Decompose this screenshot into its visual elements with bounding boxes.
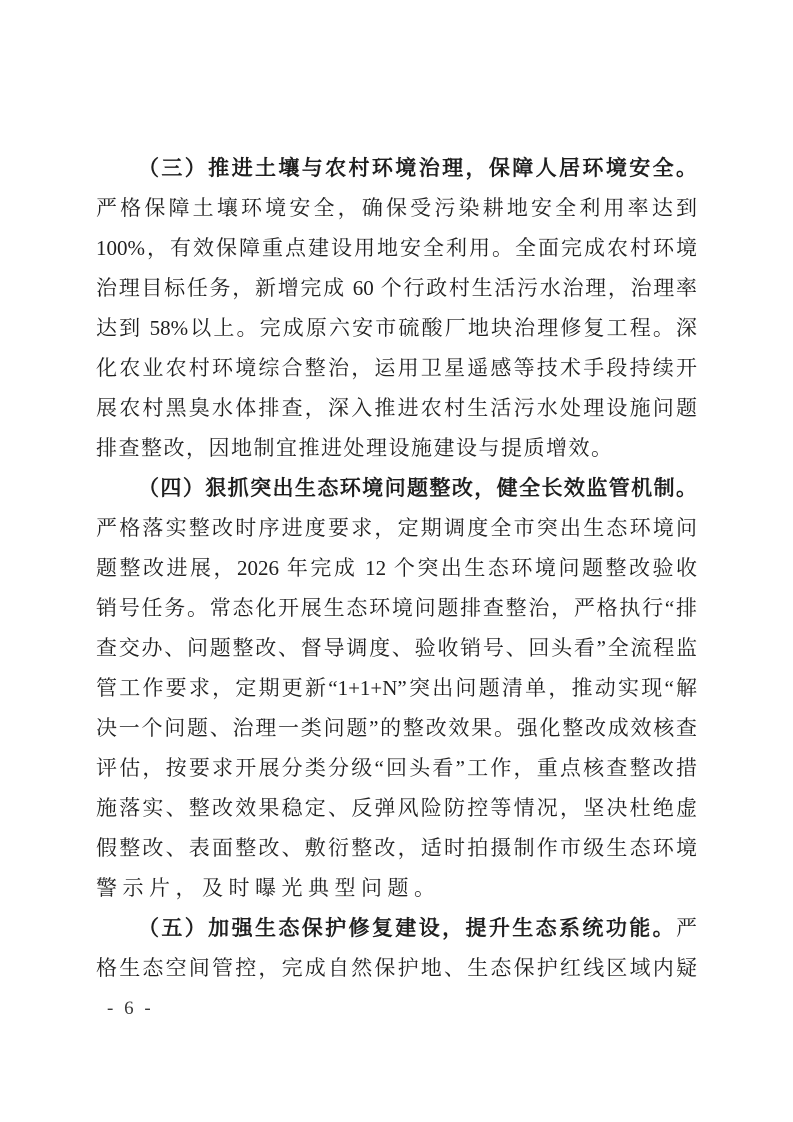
body-line: 决一个问题、治理一类问题”的整改效果。强化整改成效核查 (96, 708, 697, 748)
body-line: 100%，有效保障重点建设用地安全利用。全面完成农村环境 (96, 228, 697, 268)
body-line: 达到 58%以上。完成原六安市硫酸厂地块治理修复工程。深 (96, 308, 697, 348)
body-line: 题整改进展，2026 年完成 12 个突出生态环境问题整改验收 (96, 548, 697, 588)
body-line: 警示片，及时曝光典型问题。 (96, 868, 697, 908)
heading-text-run: （五）加强生态保护修复建设，提升生态系统功能。 (138, 916, 676, 940)
body-line: 严格保障土壤环境安全，确保受污染耕地安全利用率达到 (96, 188, 697, 228)
body-line: 评估，按要求开展分类分级“回头看”工作，重点核查整改措 (96, 748, 697, 788)
page-number: - 6 - (107, 997, 154, 1021)
body-line: 管工作要求，定期更新“1+1+N”突出问题清单，推动实现“解 (96, 668, 697, 708)
body-line: 销号任务。常态化开展生态环境问题排查整治，严格执行“排 (96, 588, 697, 628)
body-line: 展农村黑臭水体排查，深入推进农村生活污水处理设施问题 (96, 388, 697, 428)
body-line: 假整改、表面整改、敷衍整改，适时拍摄制作市级生态环境 (96, 828, 697, 868)
body-line: 格生态空间管控，完成自然保护地、生态保护红线区域内疑 (96, 948, 697, 988)
body-line: 化农业农村环境综合整治，运用卫星遥感等技术手段持续开 (96, 348, 697, 388)
section-heading-line: （四）狠抓突出生态环境问题整改，健全长效监管机制。 (96, 468, 697, 508)
document-body: （三）推进土壤与农村环境治理，保障人居环境安全。严格保障土壤环境安全，确保受污染… (96, 148, 697, 988)
body-text-run: 严 (676, 916, 697, 940)
section-heading-line: （五）加强生态保护修复建设，提升生态系统功能。严 (96, 908, 697, 948)
body-line: 排查整改，因地制宜推进处理设施建设与提质增效。 (96, 428, 697, 468)
body-line: 施落实、整改效果稳定、反弹风险防控等情况，坚决杜绝虚 (96, 788, 697, 828)
body-line: 严格落实整改时序进度要求，定期调度全市突出生态环境问 (96, 508, 697, 548)
document-page: （三）推进土壤与农村环境治理，保障人居环境安全。严格保障土壤环境安全，确保受污染… (0, 0, 793, 1122)
body-line: 查交办、问题整改、督导调度、验收销号、回头看”全流程监 (96, 628, 697, 668)
body-line: 治理目标任务，新增完成 60 个行政村生活污水治理，治理率 (96, 268, 697, 308)
section-heading-line: （三）推进土壤与农村环境治理，保障人居环境安全。 (96, 148, 697, 188)
